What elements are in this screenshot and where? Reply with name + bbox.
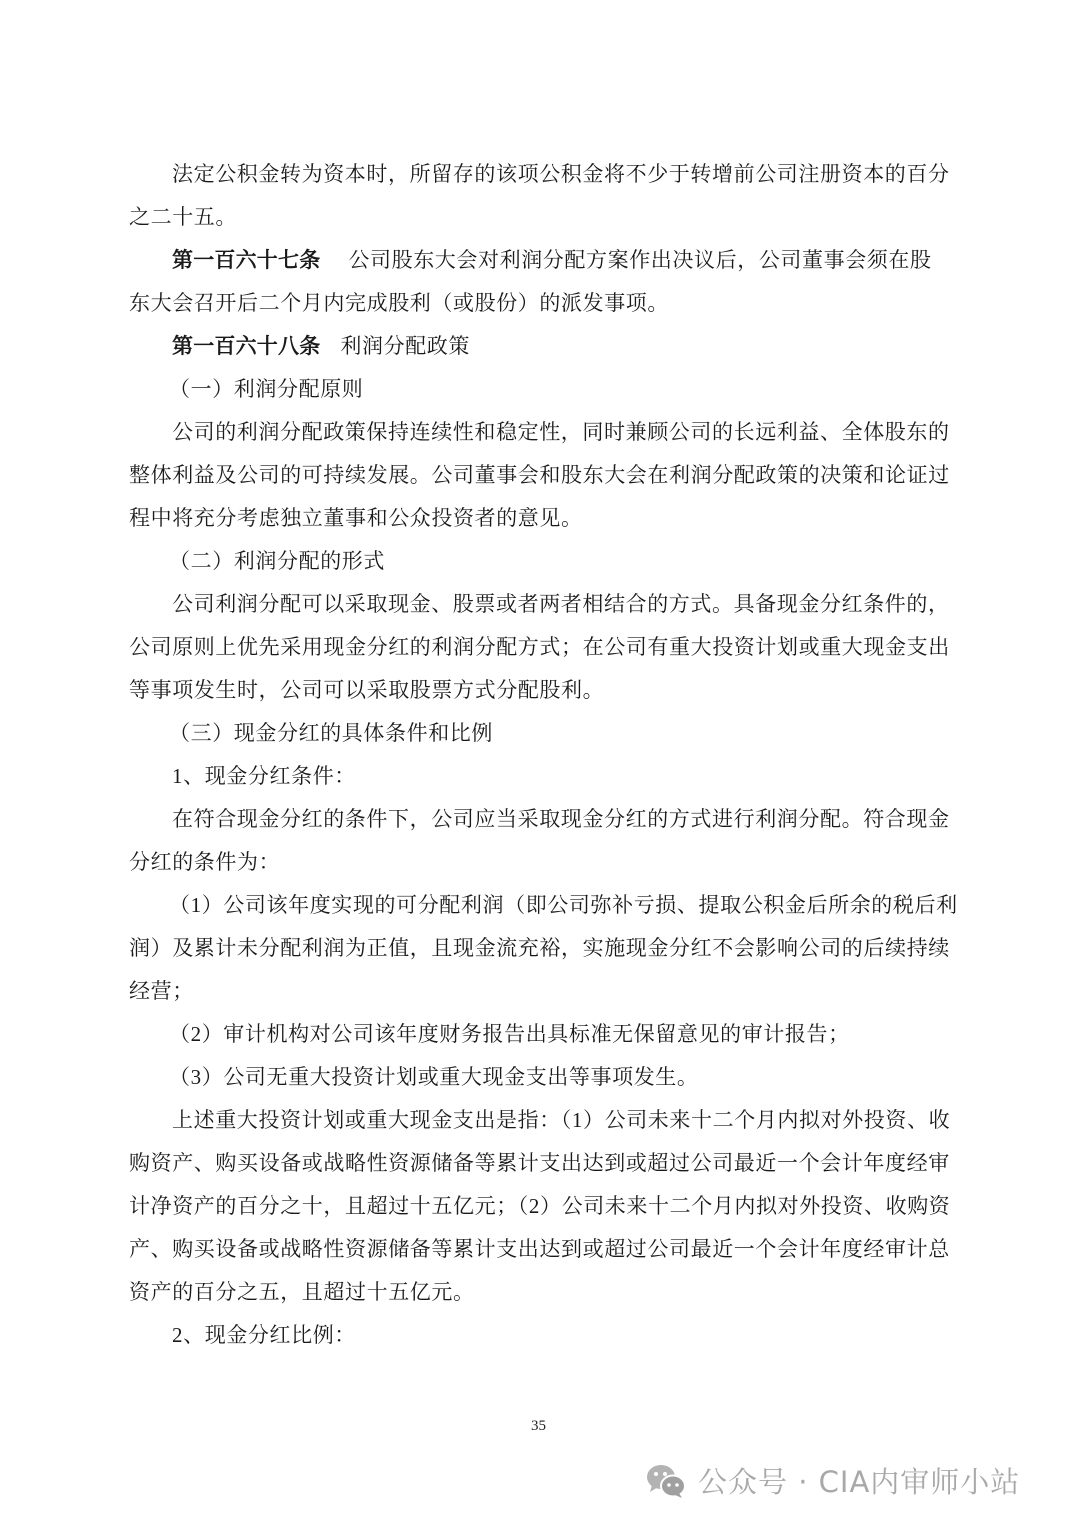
list-item: （3）公司无重大投资计划或重大现金支出等事项发生。 bbox=[169, 1063, 699, 1091]
paragraph-line: 润）及累计未分配利润为正值，且现金流充裕，实施现金分红不会影响公司的后续持续 bbox=[129, 934, 950, 962]
paragraph-line: 产、购买设备或战略性资源储备等累计支出达到或超过公司最近一个会计年度经审计总 bbox=[129, 1235, 950, 1263]
article-title: 利润分配政策 bbox=[340, 334, 470, 358]
list-item: （2）审计机构对公司该年度财务报告出具标准无保留意见的审计报告； bbox=[169, 1020, 850, 1048]
paragraph-line: 法定公积金转为资本时，所留存的该项公积金将不少于转增前公司注册资本的百分 bbox=[172, 160, 950, 188]
wechat-icon bbox=[646, 1463, 686, 1499]
list-item: （1）公司该年度实现的可分配利润（即公司弥补亏损、提取公积金后所余的税后利 bbox=[169, 891, 958, 919]
paragraph-line: 公司利润分配可以采取现金、股票或者两者相结合的方式。具备现金分红条件的， bbox=[172, 590, 950, 618]
section-heading: （一）利润分配原则 bbox=[169, 375, 363, 403]
paragraph-line: 在符合现金分红的条件下，公司应当采取现金分红的方式进行利润分配。符合现金 bbox=[172, 805, 950, 833]
article-168: 第一百六十八条利润分配政策 bbox=[172, 332, 470, 360]
watermark-text: 公众号 · CIA内审师小站 bbox=[698, 1460, 1020, 1501]
article-heading: 第一百六十八条 bbox=[172, 334, 320, 358]
subsection-heading: 2、现金分红比例： bbox=[172, 1321, 356, 1349]
paragraph-line: 东大会召开后二个月内完成股利（或股份）的派发事项。 bbox=[129, 289, 669, 317]
paragraph-line: 购资产、购买设备或战略性资源储备等累计支出达到或超过公司最近一个会计年度经审 bbox=[129, 1149, 950, 1177]
paragraph-line: 经营； bbox=[129, 977, 194, 1005]
paragraph-line: 分红的条件为： bbox=[129, 848, 280, 876]
article-heading: 第一百六十七条 bbox=[172, 248, 320, 272]
paragraph-line: 上述重大投资计划或重大现金支出是指：（1）公司未来十二个月内拟对外投资、收 bbox=[172, 1106, 950, 1134]
section-heading: （三）现金分红的具体条件和比例 bbox=[169, 719, 493, 747]
section-heading: （二）利润分配的形式 bbox=[169, 547, 385, 575]
paragraph-line: 程中将充分考虑独立董事和公众投资者的意见。 bbox=[129, 504, 583, 532]
subsection-heading: 1、现金分红条件： bbox=[172, 762, 356, 790]
article-167: 第一百六十七条公司股东大会对利润分配方案作出决议后，公司董事会须在股 bbox=[172, 246, 932, 274]
paragraph-line: 整体利益及公司的可持续发展。公司董事会和股东大会在利润分配政策的决策和论证过 bbox=[129, 461, 950, 489]
article-text: 公司股东大会对利润分配方案作出决议后，公司董事会须在股 bbox=[348, 248, 931, 272]
page-number: 35 bbox=[531, 1418, 546, 1435]
paragraph-line: 公司原则上优先采用现金分红的利润分配方式；在公司有重大投资计划或重大现金支出 bbox=[129, 633, 950, 661]
paragraph-line: 之二十五。 bbox=[129, 203, 237, 231]
watermark: 公众号 · CIA内审师小站 bbox=[646, 1460, 1020, 1501]
paragraph-line: 公司的利润分配政策保持连续性和稳定性，同时兼顾公司的长远利益、全体股东的 bbox=[172, 418, 950, 446]
paragraph-line: 等事项发生时，公司可以采取股票方式分配股利。 bbox=[129, 676, 604, 704]
paragraph-line: 资产的百分之五，且超过十五亿元。 bbox=[129, 1278, 475, 1306]
paragraph-line: 计净资产的百分之十，且超过十五亿元；（2）公司未来十二个月内拟对外投资、收购资 bbox=[129, 1192, 950, 1220]
document-page: 法定公积金转为资本时，所留存的该项公积金将不少于转增前公司注册资本的百分 之二十… bbox=[0, 0, 1080, 1528]
